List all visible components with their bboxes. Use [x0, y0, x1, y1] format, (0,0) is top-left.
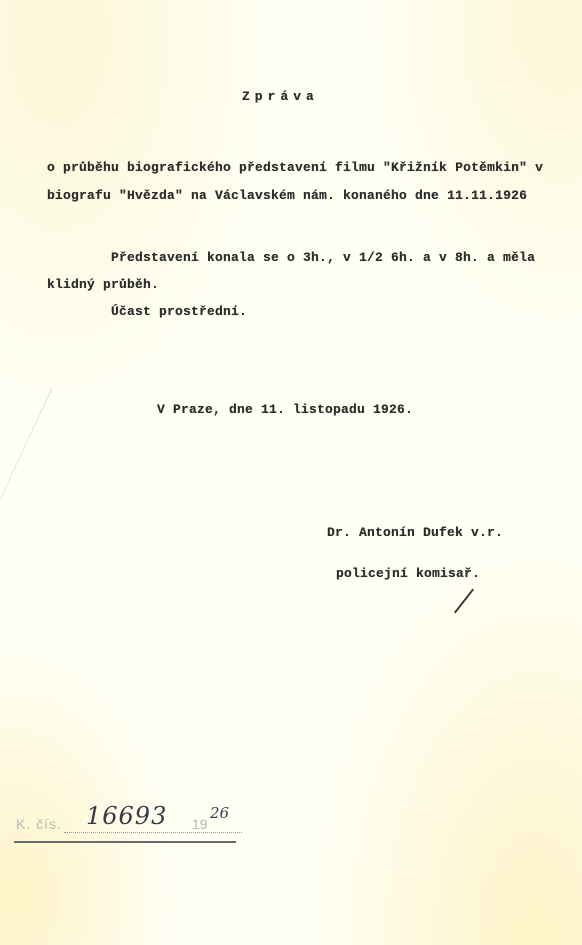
- reference-stamp: K. čís. 16693 19 26: [14, 804, 236, 844]
- stamp-year-prefix: 19: [192, 816, 208, 832]
- handwritten-slash-mark: [454, 589, 474, 614]
- place-and-date: V Praze, dne 11. listopadu 1926.: [157, 402, 413, 417]
- report-body-line-1: Představení konala se o 3h., v 1/2 6h. a…: [111, 250, 535, 265]
- report-subject-line-2: biografu "Hvězda" na Václavském nám. kon…: [47, 188, 527, 203]
- document-title: Zpráva: [242, 89, 319, 104]
- signatory-name: Dr. Antonín Dufek v.r.: [327, 525, 503, 540]
- signatory-role: policejní komisař.: [336, 566, 480, 581]
- document-page: Zpráva o průběhu biografického představe…: [0, 0, 582, 945]
- report-subject-line-1: o průběhu biografického představení film…: [47, 160, 543, 175]
- report-body-line-3: Účast prostřední.: [111, 304, 247, 319]
- report-body-line-2: klidný průběh.: [47, 277, 159, 292]
- stamp-reference-number: 16693: [86, 802, 167, 830]
- stamp-underline: [14, 841, 236, 843]
- pencil-mark: [0, 387, 53, 532]
- stamp-dotted-line: [64, 832, 242, 833]
- stamp-label: K. čís.: [16, 816, 62, 832]
- stamp-year-suffix: 26: [210, 804, 229, 822]
